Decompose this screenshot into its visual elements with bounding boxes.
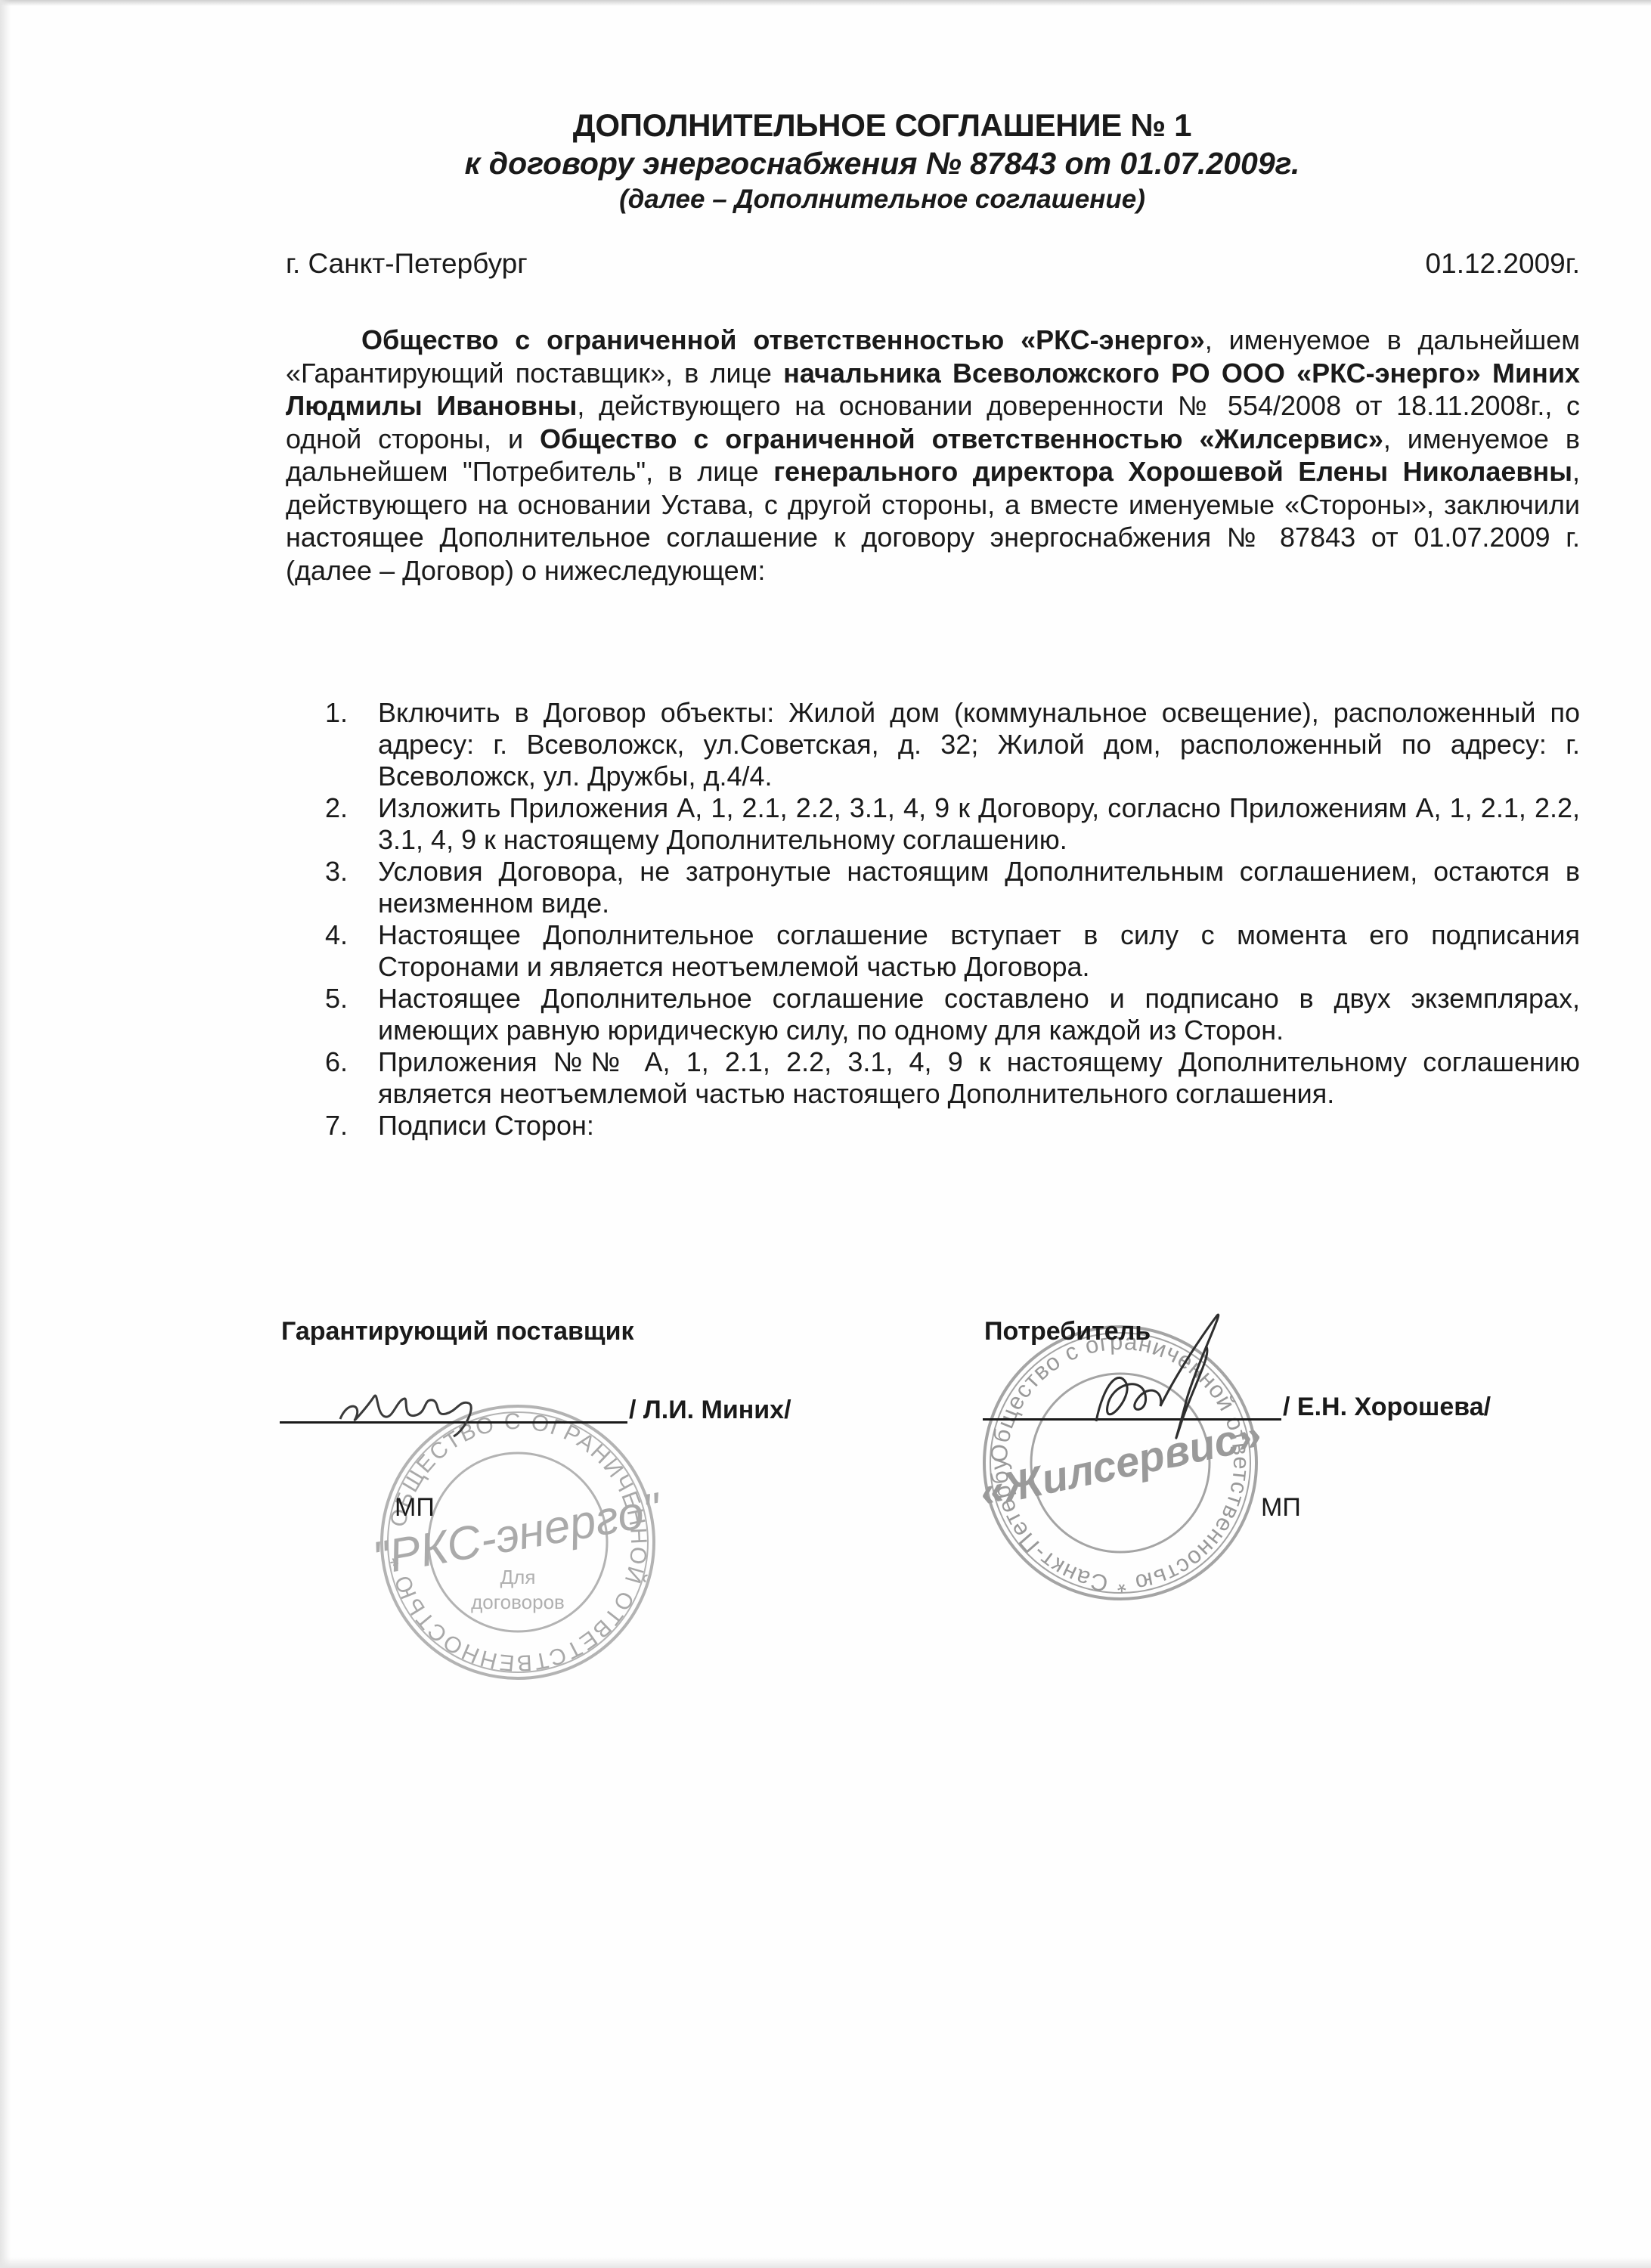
scan-edge-top — [0, 0, 1651, 6]
clause-text: Приложения №№ А, 1, 2.1, 2.2, 3.1, 4, 9 … — [378, 1046, 1580, 1109]
supplier-mp: МП — [395, 1493, 435, 1523]
date: 01.12.2009г. — [1426, 248, 1580, 280]
preamble-paragraph: Общество с ограниченной ответственностью… — [286, 324, 1580, 587]
clause-item: 6.Приложения №№ А, 1, 2.1, 2.2, 3.1, 4, … — [325, 1046, 1580, 1110]
clause-text: Настоящее Дополнительное соглашение сост… — [378, 983, 1580, 1046]
city: г. Санкт-Петербург — [286, 248, 528, 280]
clause-item: 1.Включить в Договор объекты: Жилой дом … — [325, 697, 1580, 792]
clause-item: 4.Настоящее Дополнительное соглашение вс… — [325, 919, 1580, 983]
svg-text:договоров: договоров — [471, 1591, 565, 1613]
clause-text: Условия Договора, не затронутые настоящи… — [378, 856, 1580, 919]
clause-item: 5.Настоящее Дополнительное соглашение со… — [325, 983, 1580, 1046]
clauses-list: 1.Включить в Договор объекты: Жилой дом … — [325, 697, 1580, 1142]
clause-item: 3.Условия Договора, не затронутые настоя… — [325, 856, 1580, 919]
place-date-row: г. Санкт-Петербург 01.12.2009г. — [286, 248, 1580, 280]
supplier-name: / Л.И. Миних/ — [629, 1396, 791, 1425]
clause-number: 2. — [325, 792, 348, 824]
clause-item: 2.Изложить Приложения А, 1, 2.1, 2.2, 3.… — [325, 792, 1580, 856]
supplier-signature-icon — [333, 1377, 514, 1438]
svg-text:Для: Для — [500, 1566, 536, 1588]
consumer-signature-icon — [1073, 1300, 1240, 1467]
clause-text: Включить в Договор объекты: Жилой дом (к… — [378, 697, 1580, 792]
consumer-name: / Е.Н. Хорошева/ — [1283, 1393, 1491, 1422]
clause-text: Изложить Приложения А, 1, 2.1, 2.2, 3.1,… — [378, 792, 1580, 855]
clause-text: Настоящее Дополнительное соглашение всту… — [378, 919, 1580, 982]
document-subtitle-note: (далее – Дополнительное соглашение) — [113, 181, 1651, 218]
clause-number: 6. — [325, 1046, 348, 1078]
scan-edge-left — [0, 0, 11, 2268]
clause-number: 4. — [325, 919, 348, 951]
document-header: ДОПОЛНИТЕЛЬНОЕ СОГЛАШЕНИЕ № 1 к договору… — [0, 106, 1651, 218]
document-title: ДОПОЛНИТЕЛЬНОЕ СОГЛАШЕНИЕ № 1 — [113, 106, 1651, 145]
supplier-label: Гарантирующий поставщик — [281, 1317, 634, 1346]
clause-number: 3. — [325, 856, 348, 888]
document-subtitle: к договору энергоснабжения № 87843 от 01… — [113, 145, 1651, 181]
consumer-mp: МП — [1261, 1493, 1301, 1523]
clause-text: Подписи Сторон: — [378, 1110, 594, 1141]
consumer-org-name: Общество с ограниченной ответственностью… — [540, 423, 1383, 454]
clause-item: 7.Подписи Сторон: — [325, 1110, 1580, 1142]
consumer-representative: генерального директора Хорошевой Елены Н… — [773, 456, 1572, 487]
supplier-stamp-icon: ОБЩЕСТВО С ОГРАНИЧЕННОЙ ОТВЕТСТВЕННОСТЬЮ… — [374, 1399, 661, 1686]
scan-edge-bottom — [0, 2257, 1651, 2268]
clause-number: 1. — [325, 697, 348, 729]
supplier-org-name: Общество с ограниченной ответственностью… — [361, 324, 1205, 355]
clause-number: 5. — [325, 983, 348, 1015]
clause-number: 7. — [325, 1110, 348, 1142]
